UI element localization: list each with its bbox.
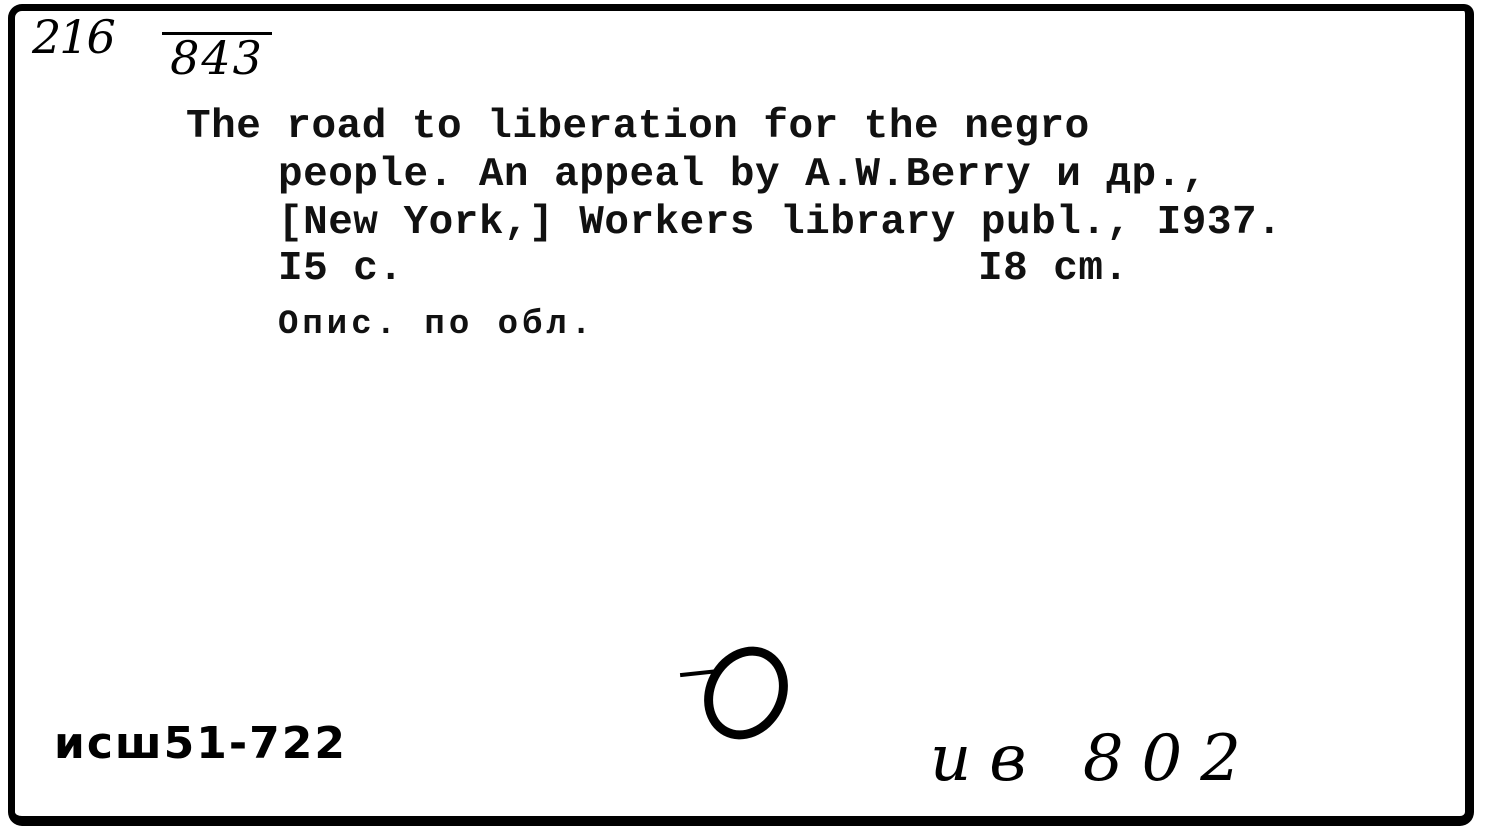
pages: I5 c.: [278, 246, 404, 292]
size: I8 cm.: [978, 246, 1129, 292]
title-line: The road to liberation for the negro: [186, 104, 1090, 150]
inventory-number: исш51-722: [54, 718, 347, 769]
author-line: people. An appeal by A.W.Berry и др.,: [278, 152, 1207, 198]
imprint-line: [New York,] Workers library publ., I937.: [278, 200, 1282, 246]
shelf-subnumber: 843: [162, 32, 272, 81]
description-note: Опис. по обл.: [278, 306, 595, 344]
shelf-number: 216: [32, 10, 114, 64]
accession-number: ив 802: [930, 722, 1259, 796]
